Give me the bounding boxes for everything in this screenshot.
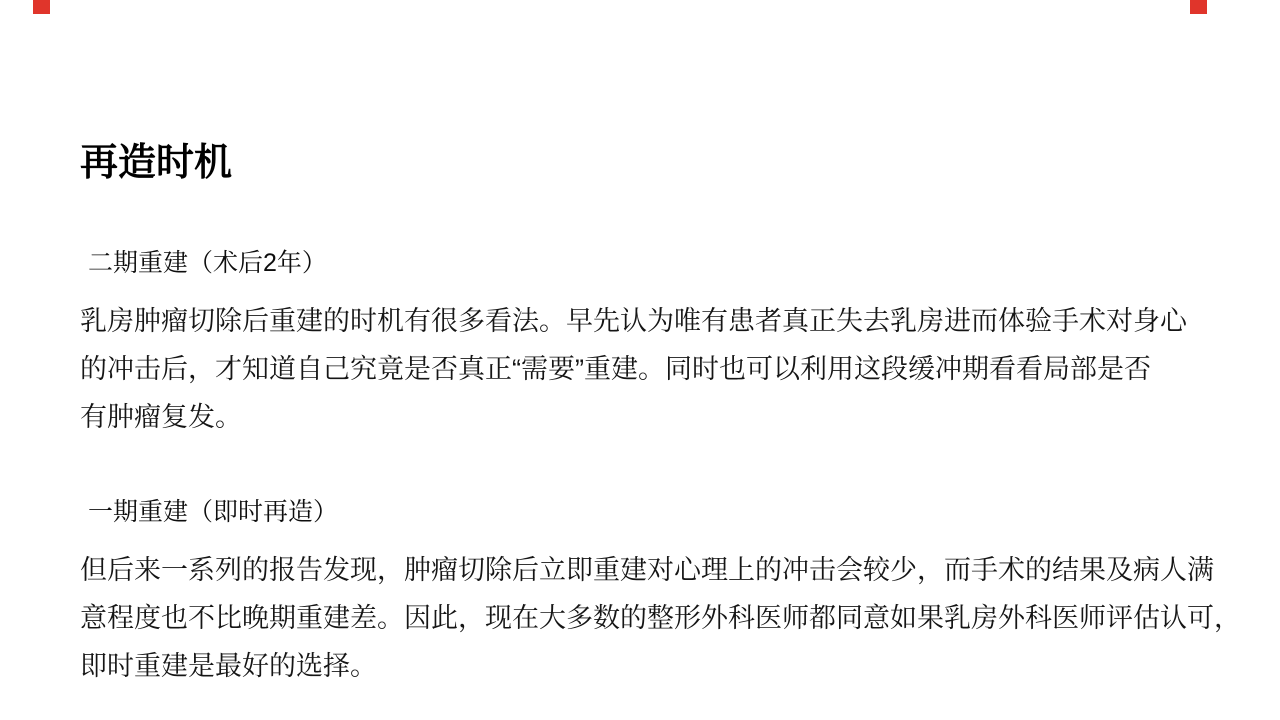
section-subtitle-immediate: 一期重建（即时再造） [80, 497, 1190, 527]
section-body-delayed: 乳房肿瘤切除后重建的时机有很多看法。早先认为唯有患者真正失去乳房进而体验手术对身… [80, 297, 1190, 441]
section-immediate-reconstruction: 一期重建（即时再造） 但后来一系列的报告发现，肿瘤切除后立即重建对心理上的冲击会… [80, 497, 1190, 690]
body-line: 意程度也不比晚期重建差。因此，现在大多数的整形外科医师都同意如果乳房外科医师评估… [80, 594, 1190, 642]
top-right-accent-bar [1190, 0, 1207, 14]
body-line: 即时重建是最好的选择。 [80, 642, 1190, 690]
slide-content: 再造时机 二期重建（术后2年） 乳房肿瘤切除后重建的时机有很多看法。早先认为唯有… [0, 0, 1280, 690]
section-subtitle-delayed: 二期重建（术后2年） [80, 248, 1190, 278]
body-line: 的冲击后，才知道自己究竟是否真正“需要”重建。同时也可以利用这段缓冲期看看局部是… [80, 345, 1190, 393]
slide: 再造时机 二期重建（术后2年） 乳房肿瘤切除后重建的时机有很多看法。早先认为唯有… [0, 0, 1280, 720]
page-title: 再造时机 [80, 0, 1190, 183]
section-delayed-reconstruction: 二期重建（术后2年） 乳房肿瘤切除后重建的时机有很多看法。早先认为唯有患者真正失… [80, 248, 1190, 441]
body-line: 乳房肿瘤切除后重建的时机有很多看法。早先认为唯有患者真正失去乳房进而体验手术对身… [80, 297, 1190, 345]
section-body-immediate: 但后来一系列的报告发现，肿瘤切除后立即重建对心理上的冲击会较少，而手术的结果及病… [80, 546, 1190, 690]
top-left-accent-bar [33, 0, 50, 14]
body-line: 但后来一系列的报告发现，肿瘤切除后立即重建对心理上的冲击会较少，而手术的结果及病… [80, 546, 1190, 594]
body-line: 有肿瘤复发。 [80, 393, 1190, 441]
